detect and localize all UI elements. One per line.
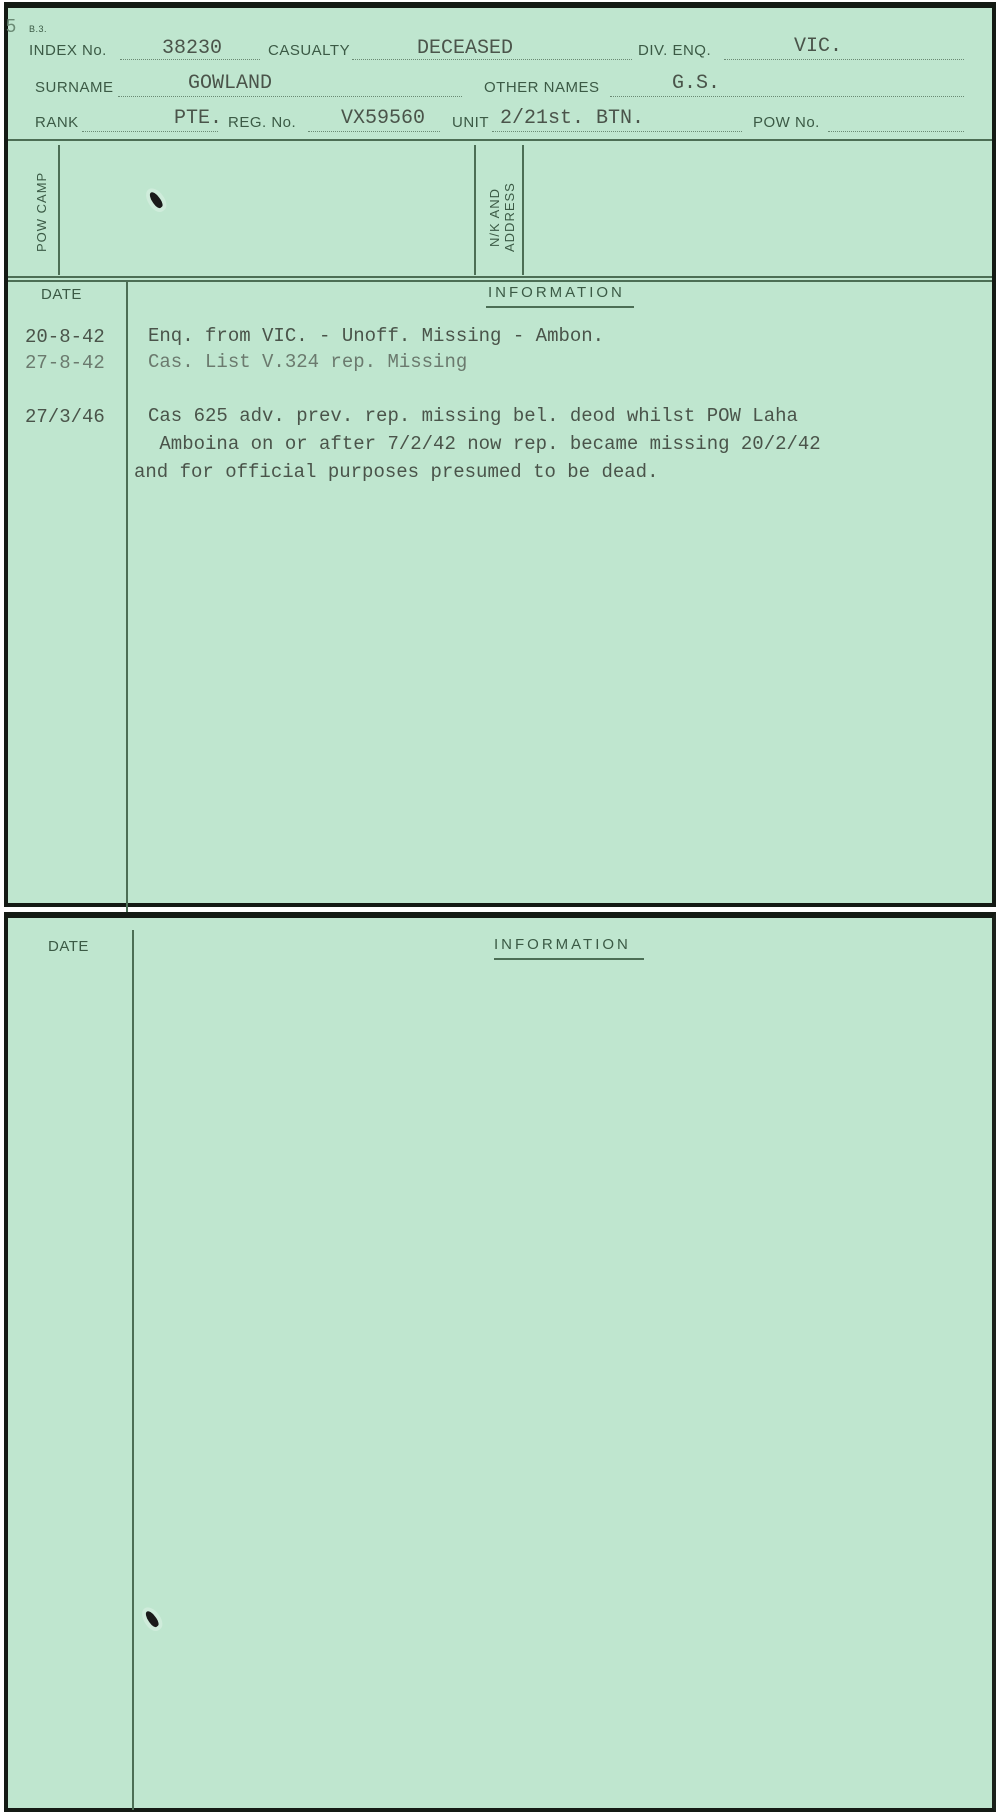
entry-date: 27-8-42	[25, 352, 105, 374]
other-names-label: OTHER NAMES	[484, 79, 600, 96]
other-names-dots	[610, 96, 964, 97]
reg-no-label: REG. No.	[228, 114, 296, 131]
nk-left-divider	[474, 145, 476, 275]
double-rule-top	[8, 276, 992, 278]
unit-label: UNIT	[452, 114, 489, 131]
form-code: B.3.	[29, 24, 47, 34]
information-header: INFORMATION	[488, 284, 625, 301]
entry-text: Cas 625 adv. prev. rep. missing bel. deo…	[148, 402, 798, 430]
surname-dots	[118, 96, 462, 97]
date-column-divider	[132, 930, 134, 1810]
information-header: INFORMATION	[494, 936, 631, 953]
div-enq-value: VIC.	[794, 35, 842, 58]
information-underline	[486, 306, 634, 308]
surname-value: GOWLAND	[188, 72, 272, 95]
index-value: 38230	[162, 37, 222, 60]
record-card-front: 5 B.3. INDEX No. 38230 CASUALTY DECEASED…	[4, 2, 996, 907]
nk-address-label-2: ADDRESS	[502, 182, 517, 252]
nk-right-divider	[522, 145, 524, 275]
reg-no-value: VX59560	[341, 107, 425, 130]
date-column-divider	[126, 282, 128, 912]
entry-text: and for official purposes presumed to be…	[134, 458, 659, 486]
rank-label: RANK	[35, 114, 79, 131]
pow-camp-label: POW CAMP	[34, 172, 49, 252]
entry-text: Cas. List V.324 rep. Missing	[148, 348, 467, 376]
other-names-value: G.S.	[672, 72, 720, 95]
casualty-value: DECEASED	[417, 37, 513, 60]
pow-camp-divider	[58, 145, 60, 275]
pow-no-dots	[828, 131, 964, 132]
double-rule-bottom	[8, 280, 992, 282]
entry-text: Amboina on or after 7/2/42 now rep. beca…	[148, 430, 821, 458]
information-underline	[494, 958, 644, 960]
record-card-back: DATE INFORMATION	[4, 912, 996, 1812]
rank-value: PTE.	[174, 107, 222, 130]
unit-dots	[492, 131, 742, 132]
pin-hole-mark	[148, 190, 165, 209]
div-enq-dots	[724, 59, 964, 60]
pin-hole-mark	[144, 1609, 161, 1628]
div-enq-label: DIV. ENQ.	[638, 42, 711, 59]
casualty-label: CASUALTY	[268, 42, 350, 59]
pow-no-label: POW No.	[753, 114, 820, 131]
index-label: INDEX No.	[29, 42, 107, 59]
rank-dots	[82, 131, 218, 132]
nk-address-label-1: N/K AND	[487, 188, 502, 247]
date-header: DATE	[48, 938, 89, 955]
unit-value: 2/21st. BTN.	[500, 107, 644, 130]
entry-date: 20-8-42	[25, 326, 105, 348]
reg-no-dots	[308, 131, 440, 132]
date-header: DATE	[41, 286, 82, 303]
surname-label: SURNAME	[35, 79, 114, 96]
entry-text: Enq. from VIC. - Unoff. Missing - Ambon.	[148, 322, 604, 350]
corner-mark: 5	[6, 16, 17, 37]
header-rule	[8, 139, 992, 141]
entry-date: 27/3/46	[25, 406, 105, 428]
